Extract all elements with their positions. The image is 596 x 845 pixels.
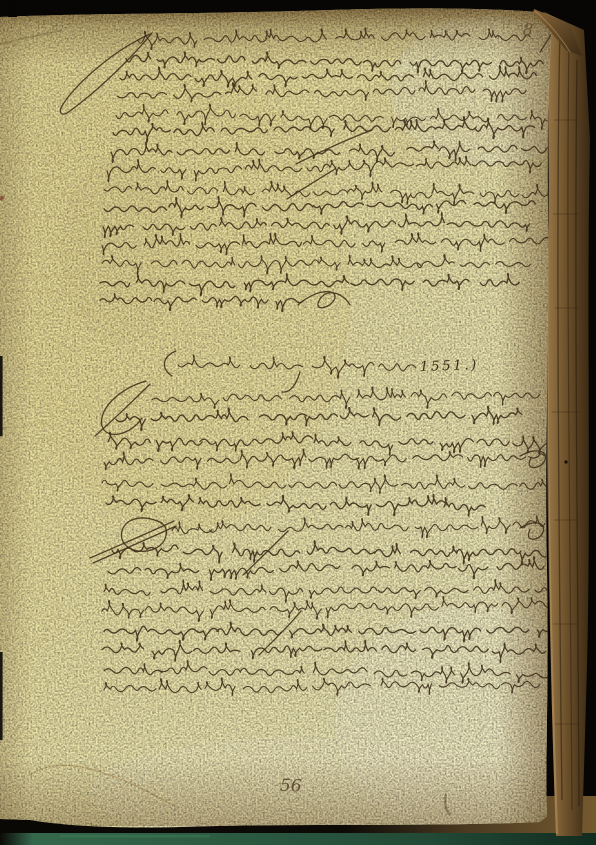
heading-year: 1551.) — [420, 357, 479, 375]
mat-highlight — [60, 835, 210, 838]
green-mat-strip — [0, 833, 596, 845]
page-block-edge — [547, 14, 590, 836]
manuscript-page-photo: 8 56 1551.) — [0, 0, 596, 845]
page-number: 56 — [280, 776, 303, 797]
manuscript-photo: 8 56 1551.) — [0, 0, 596, 845]
folio-number: 8 — [522, 20, 534, 40]
